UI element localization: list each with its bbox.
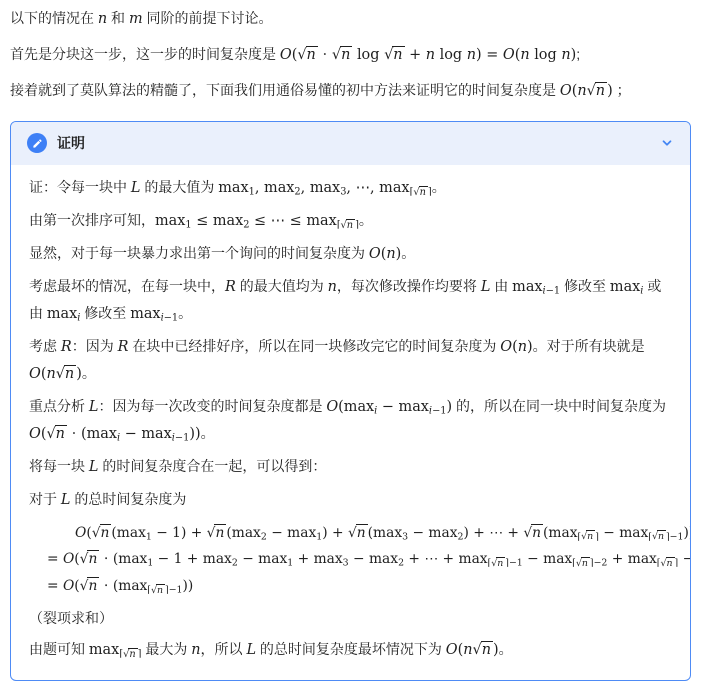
proof-callout-header[interactable]: 证明 (11, 122, 690, 165)
proof-paragraph-9: （裂项求和） (29, 606, 672, 631)
proof-body: 证：令每一块中 L 的最大值为 max1, max2, max3, ⋯, max… (11, 165, 690, 680)
proof-paragraph-2: 由第一次排序可知，max1 ≤ max2 ≤ ⋯ ≤ max⌈√n⌉。 (29, 208, 672, 235)
article-content: 以下的情况在 n 和 m 同阶的前提下讨论。 首先是分块这一步，这一步的时间复杂… (0, 0, 701, 681)
proof-paragraph-1: 证：令每一块中 L 的最大值为 max1, max2, max3, ⋯, max… (29, 175, 672, 202)
intro-paragraph-2: 首先是分块这一步，这一步的时间复杂度是 O(√n ⋅ √n log √n + n… (10, 42, 691, 69)
proof-paragraph-4: 考虑最坏的情况，在每一块中，R 的最大值均为 n，每次修改操作均要将 L 由 m… (29, 274, 672, 328)
formula-block: O(√n(max1 − 1) + √n(max2 − max1) + √n(ma… (29, 520, 672, 601)
proof-paragraph-5: 考虑 R：因为 R 在块中已经排好序，所以在同一块修改完它的时间复杂度为 O(n… (29, 334, 672, 388)
formula-line-1: O(√n(max1 − 1) + √n(max2 − max1) + √n(ma… (47, 520, 672, 547)
intro-paragraph-3: 接着就到了莫队算法的精髓了，下面我们用通俗易懂的初中方法来证明它的时间复杂度是 … (10, 78, 691, 105)
proof-callout: 证明 证：令每一块中 L 的最大值为 max1, max2, max3, ⋯, … (10, 121, 691, 681)
formula-line-2: = O(√n ⋅ (max1 − 1 + max2 − max1 + max3 … (47, 546, 672, 573)
proof-paragraph-8: 对于 L 的总时间复杂度为 (29, 487, 672, 514)
intro-paragraph-1: 以下的情况在 n 和 m 同阶的前提下讨论。 (10, 6, 691, 33)
chevron-down-icon[interactable] (660, 136, 674, 150)
proof-paragraph-3: 显然，对于每一块暴力求出第一个询问的时间复杂度为 O(n)。 (29, 241, 672, 268)
proof-paragraph-6: 重点分析 L：因为每一次改变的时间复杂度都是 O(maxi − maxi−1) … (29, 394, 672, 448)
edit-pencil-icon (27, 133, 47, 153)
proof-paragraph-7: 将每一块 L 的时间复杂度合在一起，可以得到： (29, 454, 672, 481)
proof-paragraph-10: 由题可知 max⌈√n⌉ 最大为 n，所以 L 的总时间复杂度最坏情况下为 O(… (29, 637, 672, 664)
formula-line-3: = O(√n ⋅ (max⌈√n⌉−1)) (47, 573, 672, 600)
proof-title: 证明 (57, 131, 85, 156)
